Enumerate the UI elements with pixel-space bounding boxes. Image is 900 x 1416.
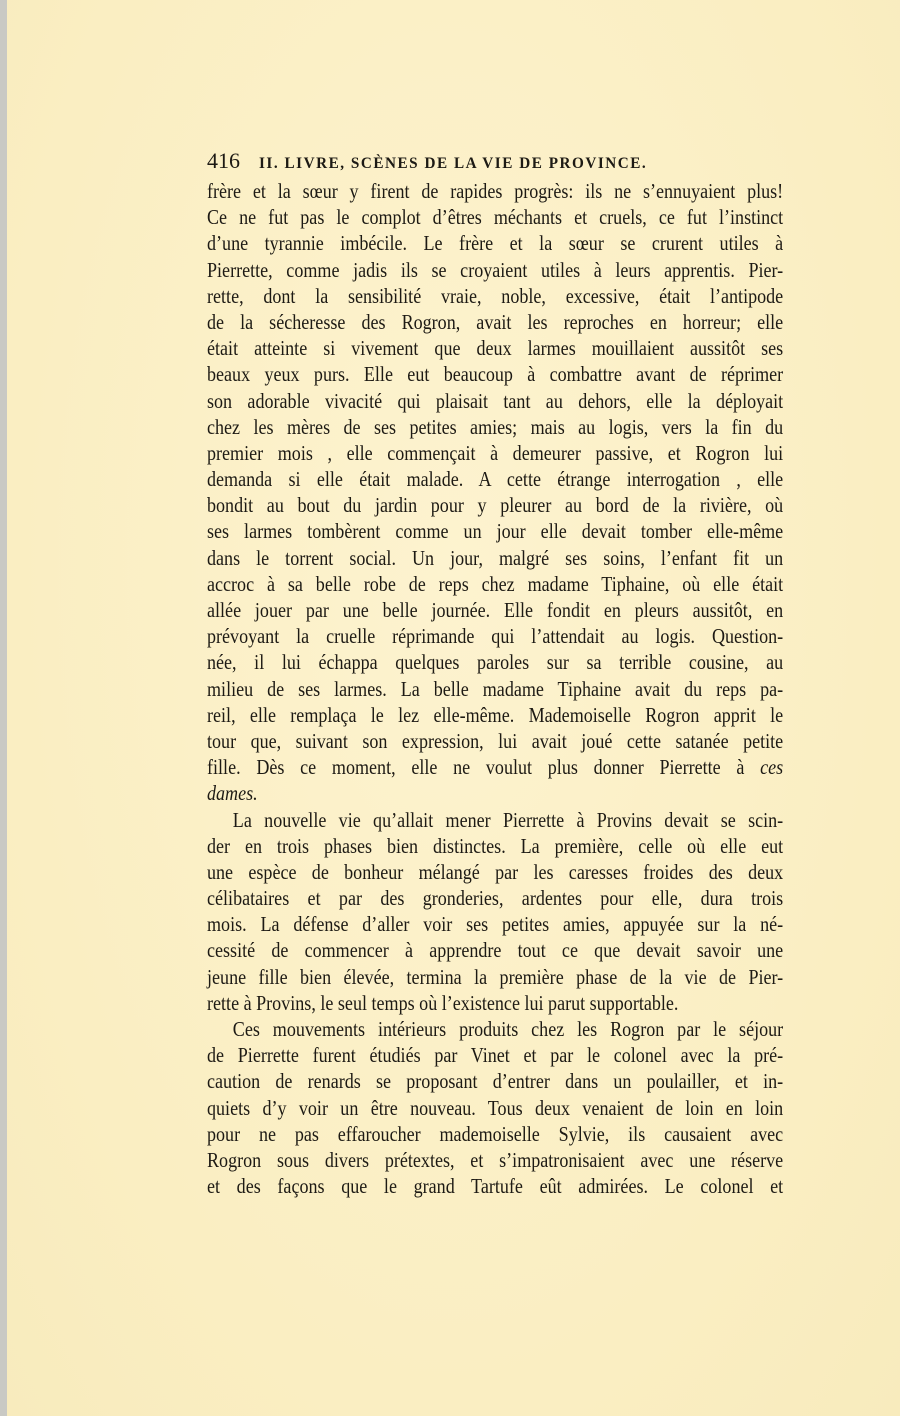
- text-line: dames.: [207, 780, 783, 806]
- text-line: pour ne pas effaroucher mademoiselle Syl…: [207, 1121, 783, 1147]
- line-text: der en trois phases bien distinctes. La …: [207, 834, 783, 858]
- line-text: jeune fille bien élevée, termina la prem…: [207, 965, 783, 989]
- text-line: demanda si elle était malade. A cette ét…: [207, 466, 783, 492]
- running-head: 416 II. LIVRE, SCÈNES DE LA VIE DE PROVI…: [207, 148, 783, 178]
- text-line: milieu de ses larmes. La belle madame Ti…: [207, 676, 783, 702]
- text-line: fille. Dès ce moment, elle ne voulut plu…: [207, 754, 783, 780]
- line-text: dans le torrent social. Un jour, malgré …: [207, 546, 783, 570]
- line-text: prévoyant la cruelle réprimande qui l’at…: [207, 624, 783, 648]
- line-text: reil, elle remplaça le lez elle-même. Ma…: [207, 703, 783, 727]
- running-head-title: II. LIVRE, SCÈNES DE LA VIE DE PROVINCE.: [259, 155, 647, 173]
- line-text: beaux yeux purs. Elle eut beaucoup à com…: [207, 362, 783, 386]
- line-text: Ce ne fut pas le complot d’êtres méchant…: [207, 205, 783, 229]
- text-line: premier mois , elle commençait à demeure…: [207, 440, 783, 466]
- line-text: de la sécheresse des Rogron, avait les r…: [207, 310, 783, 334]
- text-line: rette à Provins, le seul temps où l’exis…: [207, 990, 783, 1016]
- text-line: de la sécheresse des Rogron, avait les r…: [207, 309, 783, 335]
- text-line: frère et la sœur y firent de rapides pro…: [207, 178, 783, 204]
- line-text: était atteinte si vivement que deux larm…: [207, 336, 783, 360]
- text-line: mois. La défense d’aller voir ses petite…: [207, 911, 783, 937]
- text-line: était atteinte si vivement que deux larm…: [207, 335, 783, 361]
- body-text: frère et la sœur y firent de rapides pro…: [207, 178, 783, 1199]
- text-line: bondit au bout du jardin pour y pleurer …: [207, 492, 783, 518]
- text-line: Ce ne fut pas le complot d’êtres méchant…: [207, 204, 783, 230]
- text-block: 416 II. LIVRE, SCÈNES DE LA VIE DE PROVI…: [207, 148, 783, 1199]
- line-text: fille. Dès ce moment, elle ne voulut plu…: [207, 755, 744, 779]
- line-text: son adorable vivacité qui plaisait tant …: [207, 389, 783, 413]
- line-text: de Pierrette furent étudiés par Vinet et…: [207, 1043, 783, 1067]
- text-line: cessité de commencer à apprendre tout ce…: [207, 937, 783, 963]
- text-line: der en trois phases bien distinctes. La …: [207, 833, 783, 859]
- text-line: reil, elle remplaça le lez elle-même. Ma…: [207, 702, 783, 728]
- line-text: mois. La défense d’aller voir ses petite…: [207, 912, 783, 936]
- line-text: Rogron sous divers prétextes, et s’impat…: [207, 1148, 783, 1172]
- text-line: de Pierrette furent étudiés par Vinet et…: [207, 1042, 783, 1068]
- text-line: une espèce de bonheur mélangé par les ca…: [207, 859, 783, 885]
- line-text: quiets d’y voir un être nouveau. Tous de…: [207, 1096, 783, 1120]
- text-line: caution de renards se proposant d’entrer…: [207, 1068, 783, 1094]
- text-line: allée jouer par une belle journée. Elle …: [207, 597, 783, 623]
- line-text: née, il lui échappa quelques paroles sur…: [207, 650, 783, 674]
- page-number: 416: [207, 148, 259, 174]
- text-line: chez les mères de ses petites amies; mai…: [207, 414, 783, 440]
- text-line: célibataires et par des gronderies, arde…: [207, 885, 783, 911]
- line-text: accroc à sa belle robe de reps chez mada…: [207, 572, 783, 596]
- text-line: dans le torrent social. Un jour, malgré …: [207, 545, 783, 571]
- text-line: Rogron sous divers prétextes, et s’impat…: [207, 1147, 783, 1173]
- line-text: bondit au bout du jardin pour y pleurer …: [207, 493, 783, 517]
- book-page: 416 II. LIVRE, SCÈNES DE LA VIE DE PROVI…: [7, 0, 900, 1416]
- text-line: prévoyant la cruelle réprimande qui l’at…: [207, 623, 783, 649]
- line-text: ses larmes tombèrent comme un jour elle …: [207, 519, 783, 543]
- line-text: milieu de ses larmes. La belle madame Ti…: [207, 677, 783, 701]
- line-text: caution de renards se proposant d’entrer…: [207, 1069, 783, 1093]
- line-text: cessité de commencer à apprendre tout ce…: [207, 938, 783, 962]
- text-line: quiets d’y voir un être nouveau. Tous de…: [207, 1095, 783, 1121]
- line-text: allée jouer par une belle journée. Elle …: [207, 598, 783, 622]
- line-text: rette, dont la sensibilité vraie, noble,…: [207, 284, 783, 308]
- line-text: frère et la sœur y firent de rapides pro…: [207, 179, 783, 203]
- text-line: jeune fille bien élevée, termina la prem…: [207, 964, 783, 990]
- text-line: Pierrette, comme jadis ils se croyaient …: [207, 257, 783, 283]
- line-text: une espèce de bonheur mélangé par les ca…: [207, 860, 783, 884]
- text-line: née, il lui échappa quelques paroles sur…: [207, 649, 783, 675]
- text-line: beaux yeux purs. Elle eut beaucoup à com…: [207, 361, 783, 387]
- italic-text: ces: [760, 755, 783, 779]
- text-line: son adorable vivacité qui plaisait tant …: [207, 388, 783, 414]
- text-line: accroc à sa belle robe de reps chez mada…: [207, 571, 783, 597]
- line-text: pour ne pas effaroucher mademoiselle Syl…: [207, 1122, 783, 1146]
- text-line: rette, dont la sensibilité vraie, noble,…: [207, 283, 783, 309]
- line-text: demanda si elle était malade. A cette ét…: [207, 467, 783, 491]
- line-text: et des façons que le grand Tartufe eût a…: [207, 1174, 783, 1198]
- text-line: Ces mouvements intérieurs produits chez …: [207, 1016, 783, 1042]
- line-text: La nouvelle vie qu’allait mener Pierrett…: [233, 808, 783, 832]
- text-line: et des façons que le grand Tartufe eût a…: [207, 1173, 783, 1199]
- line-text: premier mois , elle commençait à demeure…: [207, 441, 783, 465]
- text-line: d’une tyrannie imbécile. Le frère et la …: [207, 230, 783, 256]
- line-text: chez les mères de ses petites amies; mai…: [207, 415, 783, 439]
- line-text: d’une tyrannie imbécile. Le frère et la …: [207, 231, 783, 255]
- line-text: rette à Provins, le seul temps où l’exis…: [207, 991, 678, 1015]
- text-line: La nouvelle vie qu’allait mener Pierrett…: [207, 807, 783, 833]
- line-text: Ces mouvements intérieurs produits chez …: [233, 1017, 783, 1041]
- line-text: Pierrette, comme jadis ils se croyaient …: [207, 258, 783, 282]
- line-text: célibataires et par des gronderies, arde…: [207, 886, 783, 910]
- line-text: tour que, suivant son expression, lui av…: [207, 729, 783, 753]
- text-line: tour que, suivant son expression, lui av…: [207, 728, 783, 754]
- italic-text: dames.: [207, 781, 258, 805]
- text-line: ses larmes tombèrent comme un jour elle …: [207, 518, 783, 544]
